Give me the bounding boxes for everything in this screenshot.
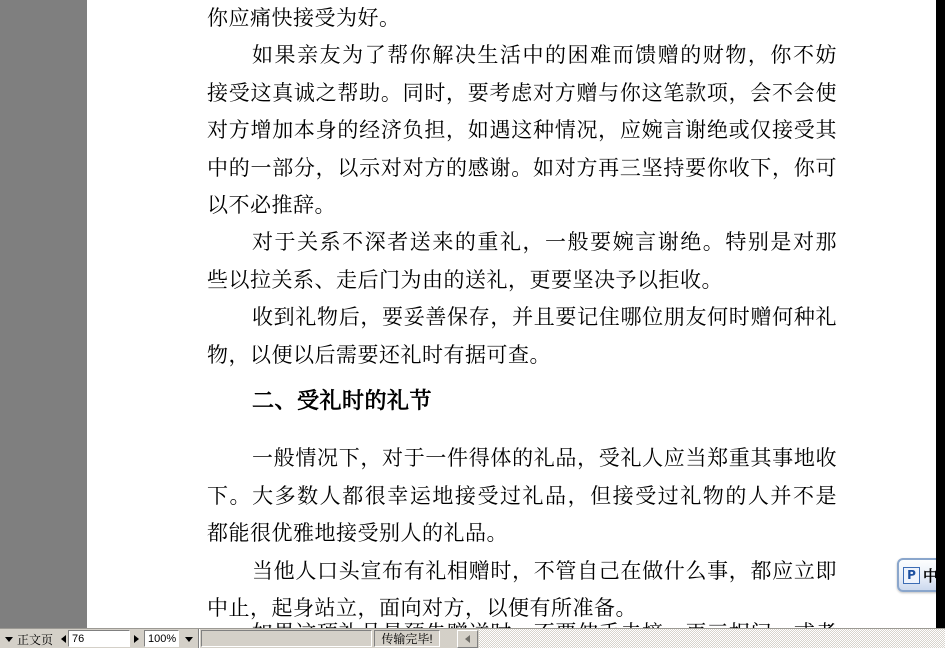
page-number-input[interactable] — [68, 630, 130, 647]
zoom-level-input[interactable] — [144, 630, 179, 647]
horizontal-scrollbar[interactable] — [455, 629, 945, 648]
text-line: 些以拉关系、走后门为由的送礼，更要坚决予以拒收。 — [207, 262, 837, 299]
statusbar-divider — [198, 629, 200, 648]
text-line: 一般情况下，对于一件得体的礼品，受礼人应当郑重其事地收 — [207, 440, 837, 477]
status-bar: 正文页 传输完毕! — [0, 628, 945, 648]
page-type-dropdown[interactable]: 正文页 — [2, 629, 58, 648]
text-line: 以不必推辞。 — [207, 187, 837, 224]
text-line: 收到礼物后，要妥善保存，并且要记住哪位朋友何时赠何种礼 — [207, 299, 837, 336]
document-page: 你应痛快接受为好。如果亲友为了帮你解决生活中的困难而馈赠的财物，你不妨接受这真诚… — [87, 0, 936, 628]
text-line: 对于关系不深者送来的重礼，一般要婉言谢绝。特别是对那 — [207, 224, 837, 261]
text-line: 物，以便以后需要还礼时有据可查。 — [207, 337, 837, 374]
text-line: 都能很优雅地接受别人的礼品。 — [207, 515, 837, 552]
chevron-down-icon — [5, 637, 13, 642]
text-line: 如果这项礼品是预先赠送时，不要伸手去接，再三相问，或者 — [207, 615, 837, 629]
text-line: 你应痛快接受为好。 — [207, 0, 837, 37]
chevron-down-icon — [185, 637, 193, 642]
text-line: 接受这真诚之帮助。同时，要考虑对方赠与你这笔款项，会不会使 — [207, 75, 837, 112]
text-line: 如果亲友为了帮你解决生活中的困难而馈赠的财物，你不妨 — [207, 37, 837, 74]
arrow-right-icon — [134, 635, 139, 643]
status-message: 传输完毕! — [374, 630, 440, 647]
page-type-label: 正文页 — [17, 631, 53, 648]
scroll-left-button[interactable] — [457, 630, 478, 648]
arrow-left-icon — [465, 635, 470, 643]
section-heading: 二、受礼时的礼节 — [207, 383, 837, 420]
ime-pinyin-icon: P — [903, 567, 920, 584]
text-line: 中的一部分，以示对对方的感谢。如对方再三坚持要你收下，你可 — [207, 150, 837, 187]
next-page-button[interactable] — [130, 629, 143, 648]
text-line: 对方增加本身的经济负担，如遇这种情况，应婉言谢绝或仅接受其 — [207, 112, 837, 149]
text-column: 你应痛快接受为好。如果亲友为了帮你解决生活中的困难而馈赠的财物，你不妨接受这真诚… — [207, 0, 837, 628]
zoom-dropdown-button[interactable] — [181, 629, 197, 648]
vertical-scrollbar[interactable] — [936, 0, 945, 628]
text-line: 当他人口头宣布有礼相赠时，不管自己在做什么事，都应立即 — [207, 553, 837, 590]
text-line: 下。大多数人都很幸运地接受过礼品，但接受过礼物的人并不是 — [207, 478, 837, 515]
arrow-left-icon — [61, 635, 66, 643]
document-viewer-window: 你应痛快接受为好。如果亲友为了帮你解决生活中的困难而馈赠的财物，你不妨接受这真诚… — [0, 0, 945, 648]
horizontal-scrollbar-track[interactable] — [479, 629, 945, 648]
status-panel — [201, 630, 372, 647]
